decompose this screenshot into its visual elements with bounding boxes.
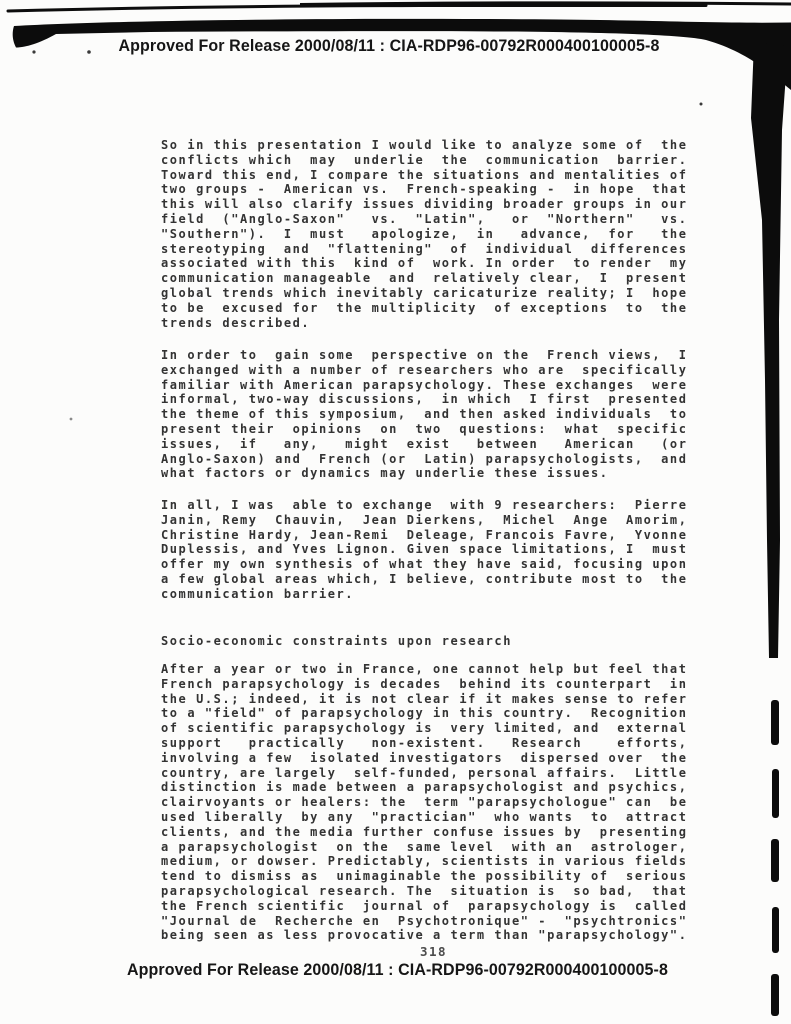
text-line: medium, or dowser. Predictably, scientis… bbox=[161, 854, 687, 869]
text-line: the French scientific journal of parapsy… bbox=[161, 899, 687, 914]
text-line: informal, two-way discussions, in which … bbox=[161, 392, 687, 407]
scanned-document-page: Approved For Release 2000/08/11 : CIA-RD… bbox=[0, 0, 791, 1024]
text-line: "Southern"). I must apologize, in advanc… bbox=[161, 227, 687, 242]
text-line: Janin, Remy Chauvin, Jean Dierkens, Mich… bbox=[161, 513, 687, 528]
text-line: Anglo-Saxon) and French (or Latin) parap… bbox=[161, 452, 687, 467]
text-line: clairvoyants or healers: the term "parap… bbox=[161, 795, 687, 810]
text-line: global trends which inevitably caricatur… bbox=[161, 286, 687, 301]
text-line: communication barrier. bbox=[161, 587, 687, 602]
paragraph: After a year or two in France, one canno… bbox=[161, 662, 687, 943]
scan-artifact-top-hairline-2 bbox=[300, 3, 791, 5]
text-line: In order to gain some perspective on the… bbox=[161, 348, 687, 363]
text-line: Toward this end, I compare the situation… bbox=[161, 168, 687, 183]
text-line: the U.S.; indeed, it is not clear if it … bbox=[161, 692, 687, 707]
text-line: Duplessis, and Yves Lignon. Given space … bbox=[161, 542, 687, 557]
text-line: exchanged with a number of researchers w… bbox=[161, 363, 687, 378]
text-line: to a "field" of parapsychology in this c… bbox=[161, 706, 687, 721]
section-heading: Socio-economic constraints upon research bbox=[161, 634, 512, 649]
scan-artifact-right-bar bbox=[751, 42, 788, 658]
text-line: offer my own synthesis of what they have… bbox=[161, 557, 687, 572]
text-line: After a year or two in France, one canno… bbox=[161, 662, 687, 677]
text-line: involving a few isolated investigators d… bbox=[161, 751, 687, 766]
text-line: trends described. bbox=[161, 316, 687, 331]
paragraph: So in this presentation I would like to … bbox=[161, 138, 687, 330]
text-line: two groups - American vs. French-speakin… bbox=[161, 182, 687, 197]
text-line: a few global areas which, I believe, con… bbox=[161, 572, 687, 587]
text-line: country, are largely self-funded, person… bbox=[161, 766, 687, 781]
text-line: distinction is made between a parapsycho… bbox=[161, 780, 687, 795]
header-classification-line: Approved For Release 2000/08/11 : CIA-RD… bbox=[0, 38, 778, 57]
text-line: French parapsychology is decades behind … bbox=[161, 677, 687, 692]
text-line: Christine Hardy, Jean-Remi Deleage, Fran… bbox=[161, 528, 687, 543]
text-line: what factors or dynamics may underlie th… bbox=[161, 466, 687, 481]
text-line: In all, I was able to exchange with 9 re… bbox=[161, 498, 687, 513]
text-line: to be excused for the multiplicity of ex… bbox=[161, 301, 687, 316]
text-line: conflicts which may underlie the communi… bbox=[161, 153, 687, 168]
text-line: present their opinions on two questions:… bbox=[161, 422, 687, 437]
text-line: tend to dismiss as unimaginable the poss… bbox=[161, 869, 687, 884]
text-line: associated with this kind of work. In or… bbox=[161, 256, 687, 271]
text-line: the theme of this symposium, and then as… bbox=[161, 407, 687, 422]
text-line: stereotyping and "flattening" of individ… bbox=[161, 242, 687, 257]
footer-classification-line: Approved For Release 2000/08/11 : CIA-RD… bbox=[0, 962, 791, 981]
text-line: a parapsychologist on the same level wit… bbox=[161, 840, 687, 855]
text-line: being seen as less provocative a term th… bbox=[161, 928, 687, 943]
text-line: So in this presentation I would like to … bbox=[161, 138, 687, 153]
text-line: of scientific parapsychology is very lim… bbox=[161, 721, 687, 736]
page-number: 318 bbox=[420, 944, 447, 959]
text-line: issues, if any, might exist between Amer… bbox=[161, 437, 687, 452]
text-line: familiar with American parapsychology. T… bbox=[161, 378, 687, 393]
text-line: this will also clarify issues dividing b… bbox=[161, 197, 687, 212]
text-line: communication manageable and relatively … bbox=[161, 271, 687, 286]
paragraph: In all, I was able to exchange with 9 re… bbox=[161, 498, 687, 602]
text-line: clients, and the media further confuse i… bbox=[161, 825, 687, 840]
scan-artifact-top-hairline bbox=[8, 5, 706, 11]
text-line: used liberally by any "practician" who w… bbox=[161, 810, 687, 825]
paragraph: In order to gain some perspective on the… bbox=[161, 348, 687, 481]
text-line: field ("Anglo-Saxon" vs. "Latin", or "No… bbox=[161, 212, 687, 227]
text-line: support practically non-existent. Resear… bbox=[161, 736, 687, 751]
text-line: parapsychological research. The situatio… bbox=[161, 884, 687, 899]
text-line: "Journal de Recherche en Psychotronique"… bbox=[161, 914, 687, 929]
